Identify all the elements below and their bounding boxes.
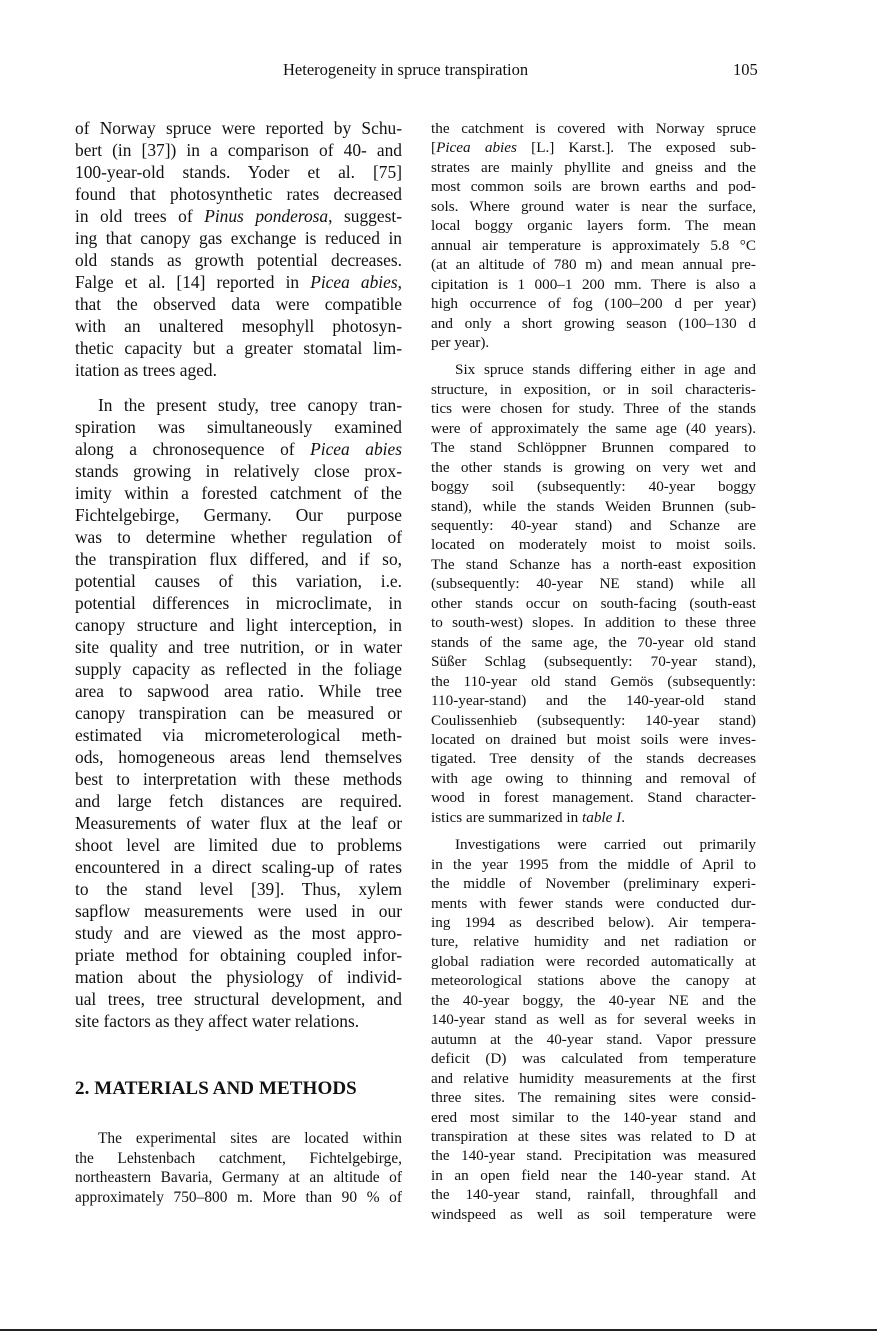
body-line: Measurements of water flux at the leaf o… <box>75 812 402 834</box>
italic-term: Pinus ponderosa <box>204 206 328 226</box>
body-line: high occurrence of fog (100–200 d per ye… <box>431 294 756 313</box>
body-line: area to sapwood area ratio. While tree <box>75 680 402 702</box>
body-line: global radiation were recorded automatic… <box>431 952 756 971</box>
body-line: ods, homogeneous areas lend themselves <box>75 746 402 768</box>
body-line: cipitation is 1 000–1 200 mm. There is a… <box>431 275 756 294</box>
body-line: Coulissenhieb (subsequently: 140-year st… <box>431 711 756 730</box>
body-line: along a chronosequence of Picea abies <box>75 438 402 460</box>
italic-term: Picea abies <box>436 139 517 156</box>
body-line: ing that canopy gas exchange is reduced … <box>75 227 402 249</box>
body-line: in the year 1995 from the middle of Apri… <box>431 855 756 874</box>
body-line: and only a short growing season (100–130… <box>431 314 756 333</box>
body-line: estimated via micrometerological meth- <box>75 724 402 746</box>
body-line: [Picea abies [L.] Karst.]. The exposed s… <box>431 138 756 157</box>
body-line: priate method for obtaining coupled info… <box>75 944 402 966</box>
body-line: autumn at the 40-year stand. Vapor press… <box>431 1030 756 1049</box>
body-line: site quality and tree nutrition, or in w… <box>75 636 402 658</box>
body-line: in an open field near the 140-year stand… <box>431 1166 756 1185</box>
body-line: meteorological stations above the canopy… <box>431 971 756 990</box>
body-line: encountered in a direct scaling-up of ra… <box>75 856 402 878</box>
body-line: the transpiration flux differed, and if … <box>75 548 402 570</box>
body-line: sols. Where ground water is near the sur… <box>431 197 756 216</box>
body-line: per year). <box>431 333 756 352</box>
body-line: Fichtelgebirge, Germany. Our purpose <box>75 504 402 526</box>
body-line: mation about the physiology of individ- <box>75 966 402 988</box>
body-line: local boggy organic layers form. The mea… <box>431 216 756 235</box>
body-line: windspeed as well as soil temperature we… <box>431 1205 756 1224</box>
body-line: site factors as they affect water relati… <box>75 1010 402 1032</box>
body-line: the 40-year boggy, the 40-year NE and th… <box>431 991 756 1010</box>
section-body-line: approximately 750–800 m. More than 90 % … <box>75 1188 402 1207</box>
italic-term: table I <box>582 809 621 826</box>
body-line: sequently: 40-year stand) and Schanze ar… <box>431 516 756 535</box>
body-line: in old trees of Pinus ponderosa, suggest… <box>75 205 402 227</box>
body-line: ments with fewer stands were conducted d… <box>431 894 756 913</box>
body-line: bert (in [37]) in a comparison of 40- an… <box>75 139 402 161</box>
body-line: study and are viewed as the most appro- <box>75 922 402 944</box>
body-line: itation as trees aged. <box>75 359 402 381</box>
body-line: the 140-year stand. Precipitation was me… <box>431 1146 756 1165</box>
body-line: were of approximately the same age (40 y… <box>431 419 756 438</box>
body-line: ture, relative humidity and net radiatio… <box>431 932 756 951</box>
body-line: Süßer Schlag (subsequently: 70-year stan… <box>431 652 756 671</box>
body-line: with an unaltered mesophyll photosyn- <box>75 315 402 337</box>
body-line: other stands occur on south-facing (sout… <box>431 594 756 613</box>
body-line: and relative humidity measurements at th… <box>431 1069 756 1088</box>
body-line: most common soils are brown earths and p… <box>431 177 756 196</box>
body-line: of Norway spruce were reported by Schu- <box>75 117 402 139</box>
body-line: 110-year-stand) and the 140-year-old sta… <box>431 691 756 710</box>
body-line: was to determine whether regulation of <box>75 526 402 548</box>
italic-term: Picea abies <box>310 439 402 459</box>
body-line: wood in forest management. Stand charact… <box>431 788 756 807</box>
body-line: ual trees, tree structural development, … <box>75 988 402 1010</box>
body-line: stands growing in relatively close prox- <box>75 460 402 482</box>
body-line: Falge et al. [14] reported in Picea abie… <box>75 271 402 293</box>
body-line: structure, in exposition, or in soil cha… <box>431 380 756 399</box>
body-line: annual air temperature is approximately … <box>431 236 756 255</box>
body-line: the catchment is covered with Norway spr… <box>431 119 756 138</box>
body-line: and large fetch distances are required. <box>75 790 402 812</box>
body-line: tics were chosen for study. Three of the… <box>431 399 756 418</box>
body-line: the other stands is growing on very wet … <box>431 458 756 477</box>
section-body-line: The experimental sites are located withi… <box>75 1129 402 1148</box>
body-line: The stand Schlöppner Brunnen compared to <box>431 438 756 457</box>
body-line: located on drained but moist soils were … <box>431 730 756 749</box>
body-line: located on moderately moist to moist soi… <box>431 535 756 554</box>
body-line: to the stand level [39]. Thus, xylem <box>75 878 402 900</box>
body-line: (subsequently: 40-year NE stand) while a… <box>431 574 756 593</box>
running-title: Heterogeneity in spruce transpiration <box>283 60 528 80</box>
body-line: tigated. Tree density of the stands decr… <box>431 749 756 768</box>
body-line: with age owing to thinning and removal o… <box>431 769 756 788</box>
body-line: the 140-year stand, rainfall, throughfal… <box>431 1185 756 1204</box>
body-line: 140-year stand as well as for several we… <box>431 1010 756 1029</box>
body-line: shoot level are limited due to problems <box>75 834 402 856</box>
body-line: potential differences in microclimate, i… <box>75 592 402 614</box>
body-line: best to interpretation with these method… <box>75 768 402 790</box>
body-line: boggy soil (subsequently: 40-year boggy <box>431 477 756 496</box>
body-line: stands of the same age, the 70-year old … <box>431 633 756 652</box>
body-line: canopy transpiration can be measured or <box>75 702 402 724</box>
body-line: to south-west) slopes. In addition to th… <box>431 613 756 632</box>
body-line: supply capacity as reflected in the foli… <box>75 658 402 680</box>
body-line: The stand Schanze has a north-east expos… <box>431 555 756 574</box>
body-line: thetic capacity but a greater stomatal l… <box>75 337 402 359</box>
body-line: Investigations were carried out primaril… <box>431 835 756 854</box>
section-body-line: northeastern Bavaria, Germany at an alti… <box>75 1168 402 1187</box>
section-body-line: the Lehstenbach catchment, Fichtelgebirg… <box>75 1149 402 1168</box>
body-line: Six spruce stands differing either in ag… <box>431 360 756 379</box>
body-line: old stands as growth potential decreases… <box>75 249 402 271</box>
body-line: deficit (D) was calculated from temperat… <box>431 1049 756 1068</box>
body-line: three sites. The remaining sites were co… <box>431 1088 756 1107</box>
body-line: sapflow measurements were used in our <box>75 900 402 922</box>
body-line: imity within a forested catchment of the <box>75 482 402 504</box>
body-line: spiration was simultaneously examined <box>75 416 402 438</box>
body-line: (at an altitude of 780 m) and mean annua… <box>431 255 756 274</box>
italic-term: Picea abies <box>310 272 397 292</box>
body-line: ing 1994 as described below). Air temper… <box>431 913 756 932</box>
body-line: the 110-year old stand Gemös (subsequent… <box>431 672 756 691</box>
running-head: Heterogeneity in spruce transpiration 10… <box>0 60 877 82</box>
body-line: In the present study, tree canopy tran- <box>75 394 402 416</box>
body-line: ered most similar to the 140-year stand … <box>431 1108 756 1127</box>
page-number: 105 <box>733 60 758 80</box>
body-line: transpiration at these sites was related… <box>431 1127 756 1146</box>
body-line: the middle of November (preliminary expe… <box>431 874 756 893</box>
body-line: 100-year-old stands. Yoder et al. [75] <box>75 161 402 183</box>
body-line: stand), while the stands Weiden Brunnen … <box>431 497 756 516</box>
body-line: istics are summarized in table I. <box>431 808 756 827</box>
body-line: potential causes of this variation, i.e. <box>75 570 402 592</box>
section-heading: 2. MATERIALS AND METHODS <box>75 1078 357 1100</box>
body-line: strates are mainly phyllite and gneiss a… <box>431 158 756 177</box>
body-line: that the observed data were compatible <box>75 293 402 315</box>
body-line: found that photosynthetic rates decrease… <box>75 183 402 205</box>
body-line: canopy structure and light interception,… <box>75 614 402 636</box>
